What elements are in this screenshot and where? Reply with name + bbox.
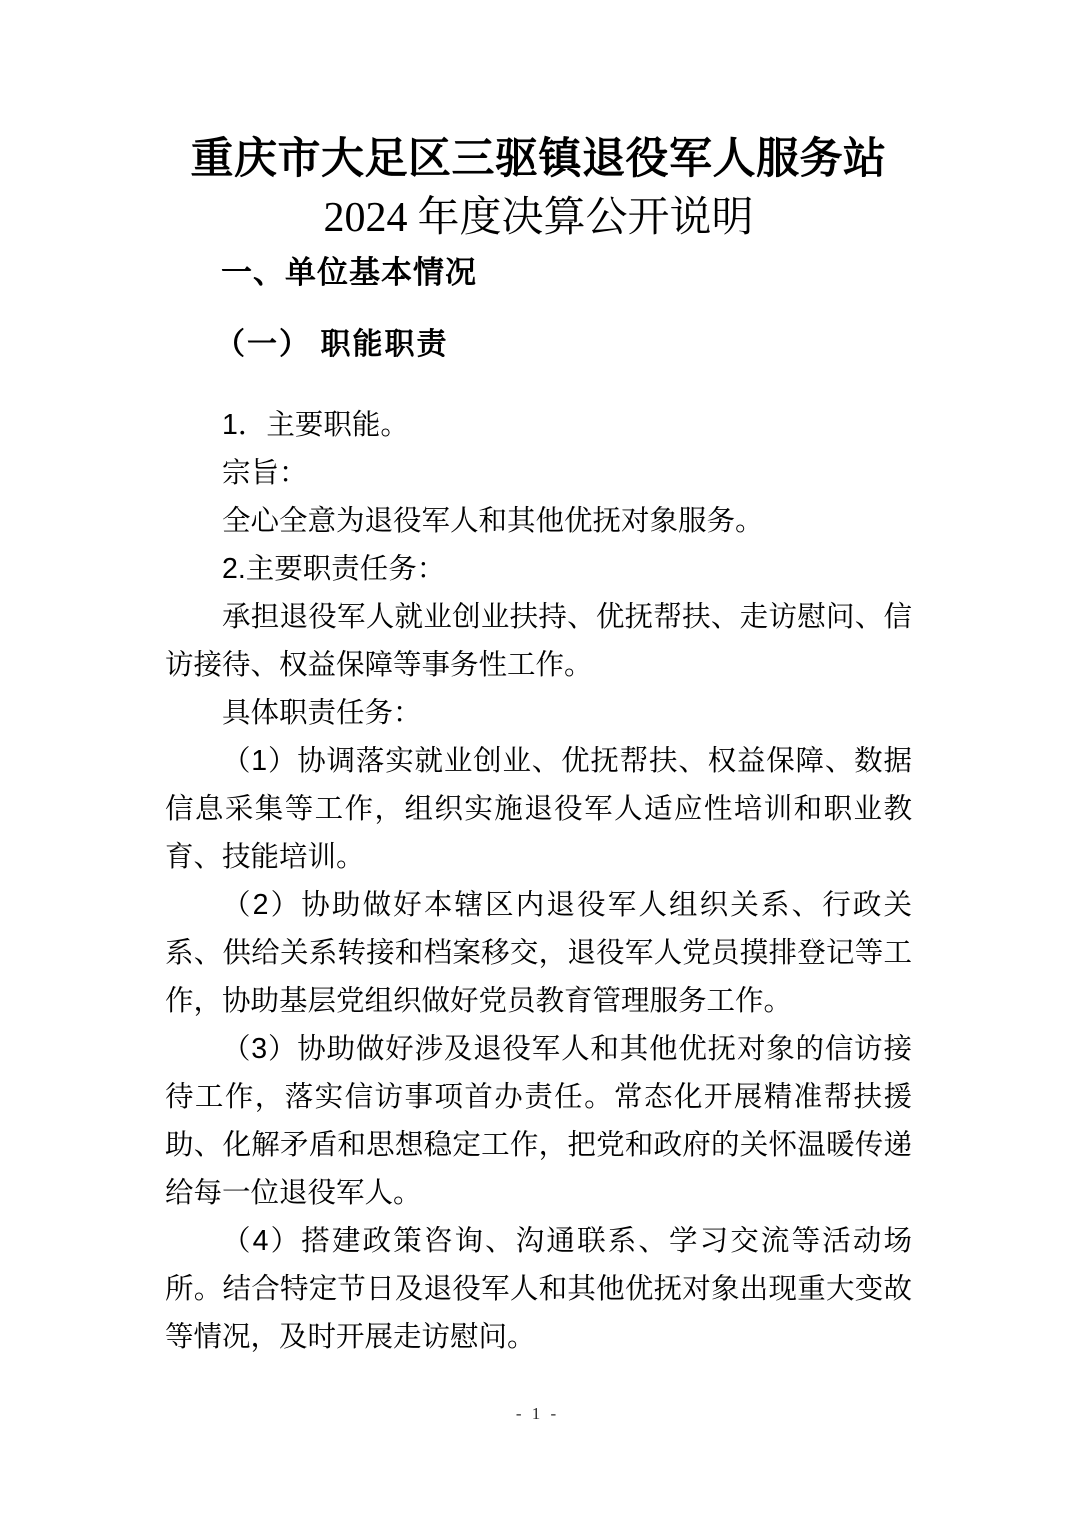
document-title-year: 2024 [323, 195, 407, 241]
paragraph-purpose-label: 宗旨： [165, 449, 912, 497]
document-title: 重庆市大足区三驱镇退役军人服务站 2024年度决算公开说明 [165, 130, 912, 247]
document-title-line2: 2024年度决算公开说明 [323, 193, 753, 240]
page-number: - 1 - [0, 1402, 1075, 1426]
paragraph-duty-1: （1）协调落实就业创业、优抚帮扶、权益保障、数据信息采集等工作，组织实施退役军人… [165, 737, 912, 881]
paragraph-purpose-text: 全心全意为退役军人和其他优抚对象服务。 [165, 497, 912, 545]
paragraph-main-function: 1．主要职能。 [165, 401, 912, 449]
document-page: 重庆市大足区三驱镇退役军人服务站 2024年度决算公开说明 一、单位基本情况 （… [0, 0, 1075, 1520]
paragraph-main-duties-text: 承担退役军人就业创业扶持、优抚帮扶、走访慰问、信访接待、权益保障等事务性工作。 [165, 593, 912, 689]
paragraph-specific-duties-label: 具体职责任务： [165, 689, 912, 737]
document-title-line2-text: 年度决算公开说明 [417, 193, 753, 240]
section-heading-basic-info: 一、单位基本情况 [165, 253, 912, 293]
paragraph-duty-4: （4）搭建政策咨询、沟通联系、学习交流等活动场所。结合特定节日及退役军人和其他优… [165, 1217, 912, 1361]
subsection-heading-duties: （一） 职能职责 [165, 325, 912, 365]
paragraph-main-duties-label: 2.主要职责任务： [165, 545, 912, 593]
document-title-line1: 重庆市大足区三驱镇退役军人服务站 [191, 135, 887, 183]
document-body: 1．主要职能。 宗旨： 全心全意为退役军人和其他优抚对象服务。 2.主要职责任务… [165, 401, 912, 1361]
paragraph-duty-2: （2）协助做好本辖区内退役军人组织关系、行政关系、供给关系转接和档案移交，退役军… [165, 881, 912, 1025]
paragraph-duty-3: （3）协助做好涉及退役军人和其他优抚对象的信访接待工作，落实信访事项首办责任。常… [165, 1025, 912, 1217]
